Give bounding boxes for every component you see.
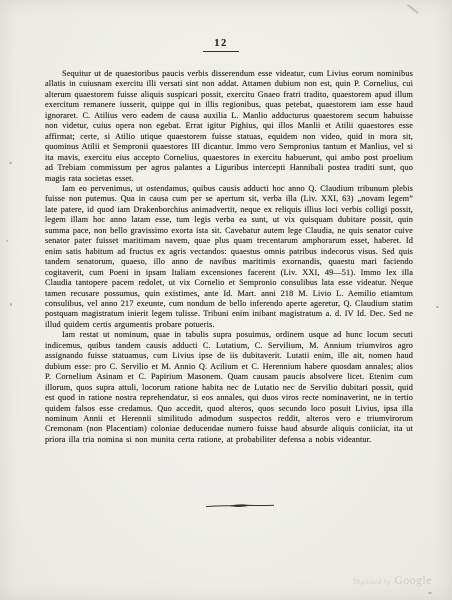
scan-speck <box>436 306 439 308</box>
digitized-by-google-watermark: Digitized byGoogle <box>353 571 432 589</box>
paragraph-quaestores: Sequitur ut de quaestoribus paucis verbi… <box>45 69 413 184</box>
watermark-prefix-label: Digitized by <box>353 578 391 586</box>
scan-speck <box>10 303 12 306</box>
page-header: 12 <box>45 33 397 52</box>
swelled-rule-icon <box>205 501 275 511</box>
google-logo-text: Google <box>395 575 432 587</box>
paragraph-lex-claudia: Iam eo pervenimus, ut ostendamus, quibus… <box>45 184 413 330</box>
paragraph-triumviri: Iam restat ut nominum, quae in tabulis s… <box>45 330 413 445</box>
body-text: Sequitur ut de quaestoribus paucis verbi… <box>45 69 413 445</box>
page-number: 12 <box>203 38 239 52</box>
scan-speck <box>9 162 12 164</box>
section-divider-flourish <box>205 501 275 511</box>
scan-artifact-mark <box>407 4 419 14</box>
scanned-book-page: 12 Sequitur ut de quaestoribus paucis ve… <box>0 0 452 600</box>
scan-speck <box>428 592 432 594</box>
scan-speck <box>6 240 8 242</box>
